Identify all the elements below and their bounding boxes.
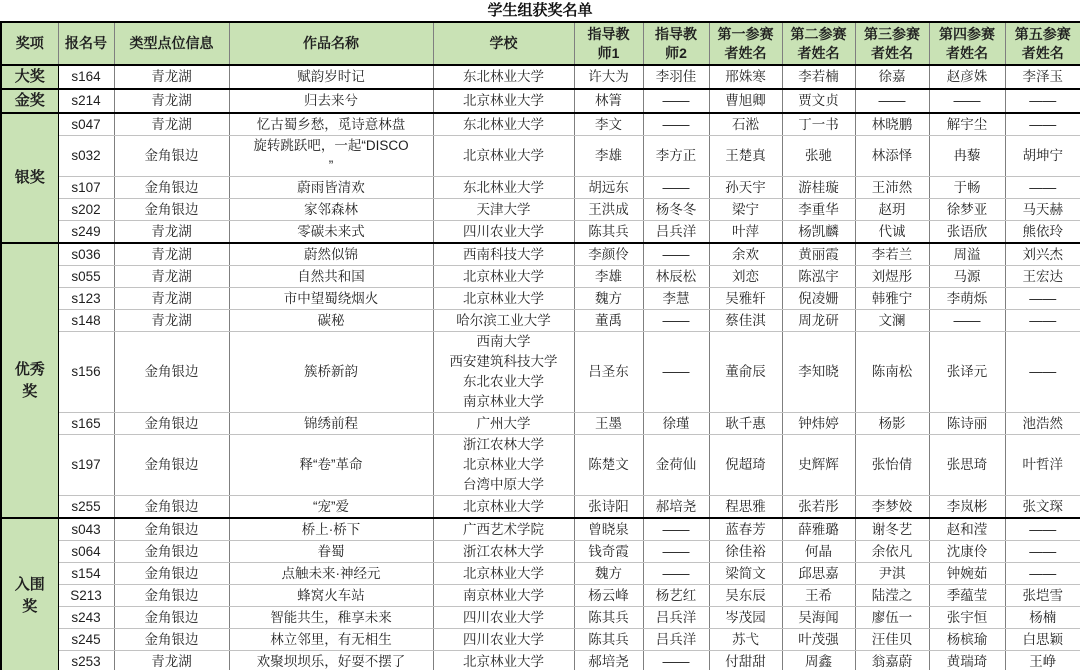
cell-type: 金角银边 — [114, 332, 229, 413]
cell-id: s243 — [58, 607, 114, 629]
table-row: 优秀奖s036青龙湖蔚然似锦西南科技大学李颜伶——余欢黄丽霞李若兰周溢刘兴杰 — [1, 243, 1080, 266]
cell-id: s164 — [58, 65, 114, 89]
cell-p1: 董俞辰 — [709, 332, 782, 413]
cell-t1: 张诗阳 — [574, 496, 643, 519]
cell-school: 东北林业大学 — [433, 113, 574, 136]
cell-p2: 倪凌姗 — [782, 288, 855, 310]
cell-p3: 杨影 — [855, 413, 929, 435]
cell-type: 青龙湖 — [114, 266, 229, 288]
cell-t1: 胡远东 — [574, 177, 643, 199]
cell-p1: 苏弋 — [709, 629, 782, 651]
cell-id: s202 — [58, 199, 114, 221]
cell-p1: 刘恋 — [709, 266, 782, 288]
cell-school: 西南科技大学 — [433, 243, 574, 266]
cell-t2: —— — [643, 310, 709, 332]
cell-id: s055 — [58, 266, 114, 288]
cell-id: s047 — [58, 113, 114, 136]
cell-t1: 许大为 — [574, 65, 643, 89]
cell-p3: 翁嘉蔚 — [855, 651, 929, 670]
cell-p1: 耿千惠 — [709, 413, 782, 435]
cell-p1: 徐佳裕 — [709, 541, 782, 563]
cell-t1: 王洪成 — [574, 199, 643, 221]
cell-p4: 李萌烁 — [929, 288, 1005, 310]
column-header-0: 奖项 — [1, 22, 58, 65]
table-row: 大奖s164青龙湖赋韵岁时记东北林业大学许大为李羽佳邢姝寒李若楠徐嘉赵彦姝李泽玉 — [1, 65, 1080, 89]
cell-p2: 张若彤 — [782, 496, 855, 519]
cell-type: 金角银边 — [114, 177, 229, 199]
cell-p5: —— — [1005, 89, 1080, 113]
cell-type: 金角银边 — [114, 435, 229, 496]
cell-p1: 王楚真 — [709, 136, 782, 177]
cell-t1: 李雄 — [574, 266, 643, 288]
cell-p3: 代诚 — [855, 221, 929, 244]
cell-type: 金角银边 — [114, 496, 229, 519]
cell-id: s245 — [58, 629, 114, 651]
page-title: 学生组获奖名单 — [0, 0, 1080, 21]
cell-school: 北京林业大学 — [433, 89, 574, 113]
cell-type: 青龙湖 — [114, 288, 229, 310]
table-row: s253青龙湖欢聚坝坝乐，好耍不摆了北京林业大学郝培尧——付甜甜周鑫翁嘉蔚黄瑞琦… — [1, 651, 1080, 670]
award-list-page: 学生组获奖名单 奖项报名号类型点位信息作品名称学校指导教 师1指导教 师2第一参… — [0, 0, 1080, 670]
cell-work: 蔚雨皆清欢 — [229, 177, 433, 199]
cell-p4: 陈诗丽 — [929, 413, 1005, 435]
cell-p5: 池浩然 — [1005, 413, 1080, 435]
cell-id: s064 — [58, 541, 114, 563]
cell-p2: 杨凯麟 — [782, 221, 855, 244]
cell-p1: 叶萍 — [709, 221, 782, 244]
cell-p5: 熊依玲 — [1005, 221, 1080, 244]
cell-p3: 林晓鹏 — [855, 113, 929, 136]
cell-t1: 李文 — [574, 113, 643, 136]
cell-work: 忆古蜀乡愁，觅诗意林盘 — [229, 113, 433, 136]
cell-t2: 徐瑾 — [643, 413, 709, 435]
cell-school: 北京林业大学 — [433, 266, 574, 288]
cell-id: s249 — [58, 221, 114, 244]
cell-t2: —— — [643, 518, 709, 541]
cell-id: s154 — [58, 563, 114, 585]
table-row: s202金角银边家邻森林天津大学王洪成杨冬冬梁宁李重华赵玥徐梦亚马天赫 — [1, 199, 1080, 221]
cell-work: 蔚然似锦 — [229, 243, 433, 266]
cell-school: 浙江农林大学 北京林业大学 台湾中原大学 — [433, 435, 574, 496]
cell-t1: 魏方 — [574, 563, 643, 585]
cell-p3: 陈南松 — [855, 332, 929, 413]
award-cell: 入围奖 — [1, 518, 58, 670]
cell-p1: 蔡佳淇 — [709, 310, 782, 332]
cell-p1: 石淞 — [709, 113, 782, 136]
cell-p3: 李若兰 — [855, 243, 929, 266]
table-row: S213金角银边蜂窝火车站南京林业大学杨云峰杨艺红吴东辰王希陆滢之季蕴莹张垲雪 — [1, 585, 1080, 607]
cell-type: 青龙湖 — [114, 89, 229, 113]
cell-p4: 沈康伶 — [929, 541, 1005, 563]
cell-p2: 钟炜婷 — [782, 413, 855, 435]
cell-t1: 钱奇霞 — [574, 541, 643, 563]
cell-p5: —— — [1005, 177, 1080, 199]
cell-school: 北京林业大学 — [433, 496, 574, 519]
cell-id: s123 — [58, 288, 114, 310]
cell-t1: 陈其兵 — [574, 607, 643, 629]
cell-p1: 吴东辰 — [709, 585, 782, 607]
cell-p2: 周鑫 — [782, 651, 855, 670]
cell-p4: 张宇恒 — [929, 607, 1005, 629]
cell-p1: 曹旭卿 — [709, 89, 782, 113]
cell-id: s032 — [58, 136, 114, 177]
cell-work: 家邻森林 — [229, 199, 433, 221]
table-row: s165金角银边锦绣前程广州大学王墨徐瑾耿千惠钟炜婷杨影陈诗丽池浩然 — [1, 413, 1080, 435]
cell-t2: —— — [643, 332, 709, 413]
award-cell: 大奖 — [1, 65, 58, 89]
table-row: 银奖s047青龙湖忆古蜀乡愁，觅诗意林盘东北林业大学李文——石淞丁一书林晓鹏解宇… — [1, 113, 1080, 136]
cell-p4: 赵彦姝 — [929, 65, 1005, 89]
cell-t1: 曾晓泉 — [574, 518, 643, 541]
cell-school: 四川农业大学 — [433, 629, 574, 651]
cell-p1: 梁简文 — [709, 563, 782, 585]
cell-p4: 马源 — [929, 266, 1005, 288]
cell-p5: 张垲雪 — [1005, 585, 1080, 607]
cell-p3: 张怡倩 — [855, 435, 929, 496]
cell-t2: 吕兵洋 — [643, 221, 709, 244]
cell-id: s036 — [58, 243, 114, 266]
table-row: s148青龙湖碳秘哈尔滨工业大学董禹——蔡佳淇周龙研文澜———— — [1, 310, 1080, 332]
cell-t1: 陈楚文 — [574, 435, 643, 496]
cell-school: 西南大学 西安建筑科技大学 东北农业大学 南京林业大学 — [433, 332, 574, 413]
cell-t1: 陈其兵 — [574, 221, 643, 244]
cell-p1: 蓝春芳 — [709, 518, 782, 541]
column-header-11: 第五参赛 者姓名 — [1005, 22, 1080, 65]
cell-t2: —— — [643, 113, 709, 136]
cell-work: 锦绣前程 — [229, 413, 433, 435]
cell-work: 林立邻里，有无相生 — [229, 629, 433, 651]
cell-p5: 杨楠 — [1005, 607, 1080, 629]
cell-school: 东北林业大学 — [433, 65, 574, 89]
cell-t1: 李雄 — [574, 136, 643, 177]
table-row: s255金角银边“宠”爱北京林业大学张诗阳郝培尧程思雅张若彤李梦姣李岚彬张文琛 — [1, 496, 1080, 519]
table-row: s032金角银边旋转跳跃吧，一起“DISCO ”北京林业大学李雄李方正王楚真张驰… — [1, 136, 1080, 177]
cell-p5: 胡坤宁 — [1005, 136, 1080, 177]
cell-p4: 钟婉茹 — [929, 563, 1005, 585]
cell-p2: 李知晓 — [782, 332, 855, 413]
cell-p4: 冉藜 — [929, 136, 1005, 177]
cell-p3: 徐嘉 — [855, 65, 929, 89]
cell-school: 天津大学 — [433, 199, 574, 221]
cell-work: 眷蜀 — [229, 541, 433, 563]
cell-p1: 付甜甜 — [709, 651, 782, 670]
table-row: s243金角银边智能共生，稚享未来四川农业大学陈其兵吕兵洋岑茂园吴海闻廖伍一张宇… — [1, 607, 1080, 629]
cell-school: 东北林业大学 — [433, 177, 574, 199]
cell-school: 哈尔滨工业大学 — [433, 310, 574, 332]
cell-type: 金角银边 — [114, 607, 229, 629]
cell-p1: 吴雅轩 — [709, 288, 782, 310]
cell-p4: 张译元 — [929, 332, 1005, 413]
cell-p5: 白思颖 — [1005, 629, 1080, 651]
table-row: s055青龙湖自然共和国北京林业大学李雄林辰松刘恋陈泓宇刘煜彤马源王宏达 — [1, 266, 1080, 288]
cell-t1: 郝培尧 — [574, 651, 643, 670]
cell-school: 南京林业大学 — [433, 585, 574, 607]
awards-table: 奖项报名号类型点位信息作品名称学校指导教 师1指导教 师2第一参赛 者姓名第二参… — [0, 21, 1080, 670]
cell-t2: 李慧 — [643, 288, 709, 310]
header-row: 奖项报名号类型点位信息作品名称学校指导教 师1指导教 师2第一参赛 者姓名第二参… — [1, 22, 1080, 65]
cell-work: 碳秘 — [229, 310, 433, 332]
cell-school: 四川农业大学 — [433, 221, 574, 244]
cell-p4: 徐梦亚 — [929, 199, 1005, 221]
cell-p2: 李若楠 — [782, 65, 855, 89]
cell-p3: 韩雅宁 — [855, 288, 929, 310]
cell-p5: —— — [1005, 541, 1080, 563]
cell-p3: 李梦姣 — [855, 496, 929, 519]
cell-p3: 陆滢之 — [855, 585, 929, 607]
table-row: s156金角银边簇桥新韵西南大学 西安建筑科技大学 东北农业大学 南京林业大学吕… — [1, 332, 1080, 413]
cell-type: 金角银边 — [114, 629, 229, 651]
cell-t1: 李颜伶 — [574, 243, 643, 266]
cell-id: s253 — [58, 651, 114, 670]
table-row: s249青龙湖零碳未来式四川农业大学陈其兵吕兵洋叶萍杨凯麟代诚张语欣熊依玲 — [1, 221, 1080, 244]
cell-p2: 张驰 — [782, 136, 855, 177]
cell-t1: 董禹 — [574, 310, 643, 332]
cell-id: S213 — [58, 585, 114, 607]
cell-p2: 王希 — [782, 585, 855, 607]
cell-school: 广州大学 — [433, 413, 574, 435]
column-header-3: 作品名称 — [229, 22, 433, 65]
column-header-8: 第二参赛 者姓名 — [782, 22, 855, 65]
cell-p4: —— — [929, 89, 1005, 113]
cell-p4: —— — [929, 310, 1005, 332]
cell-id: s165 — [58, 413, 114, 435]
cell-p2: 游桂璇 — [782, 177, 855, 199]
cell-type: 青龙湖 — [114, 221, 229, 244]
cell-id: s156 — [58, 332, 114, 413]
cell-work: 赋韵岁时记 — [229, 65, 433, 89]
cell-p3: 王沛然 — [855, 177, 929, 199]
cell-p2: 陈泓宇 — [782, 266, 855, 288]
cell-school: 北京林业大学 — [433, 288, 574, 310]
cell-work: “宠”爱 — [229, 496, 433, 519]
cell-t2: —— — [643, 563, 709, 585]
cell-p2: 贾文贞 — [782, 89, 855, 113]
cell-work: 智能共生，稚享未来 — [229, 607, 433, 629]
cell-type: 青龙湖 — [114, 65, 229, 89]
column-header-10: 第四参赛 者姓名 — [929, 22, 1005, 65]
table-row: s123青龙湖市中望蜀绕烟火北京林业大学魏方李慧吴雅轩倪凌姗韩雅宁李萌烁—— — [1, 288, 1080, 310]
cell-t2: —— — [643, 651, 709, 670]
cell-p4: 杨槟瑜 — [929, 629, 1005, 651]
cell-t2: 林辰松 — [643, 266, 709, 288]
cell-type: 金角银边 — [114, 563, 229, 585]
cell-p4: 赵和滢 — [929, 518, 1005, 541]
cell-school: 浙江农林大学 — [433, 541, 574, 563]
cell-p1: 程思雅 — [709, 496, 782, 519]
cell-p1: 邢姝寒 — [709, 65, 782, 89]
cell-t2: 李方正 — [643, 136, 709, 177]
cell-p5: 刘兴杰 — [1005, 243, 1080, 266]
cell-type: 金角银边 — [114, 199, 229, 221]
cell-t1: 吕圣东 — [574, 332, 643, 413]
table-row: s064金角银边眷蜀浙江农林大学钱奇霞——徐佳裕何晶余依凡沈康伶—— — [1, 541, 1080, 563]
cell-p5: 王宏达 — [1005, 266, 1080, 288]
cell-type: 金角银边 — [114, 541, 229, 563]
cell-p3: 廖伍一 — [855, 607, 929, 629]
column-header-1: 报名号 — [58, 22, 114, 65]
cell-t2: 金荷仙 — [643, 435, 709, 496]
table-row: 金奖s214青龙湖归去来兮北京林业大学林箐——曹旭卿贾文贞—————— — [1, 89, 1080, 113]
cell-school: 北京林业大学 — [433, 651, 574, 670]
cell-p4: 于畅 — [929, 177, 1005, 199]
column-header-9: 第三参赛 者姓名 — [855, 22, 929, 65]
cell-p3: —— — [855, 89, 929, 113]
cell-id: s043 — [58, 518, 114, 541]
cell-work: 释“卷”革命 — [229, 435, 433, 496]
cell-p5: 叶哲洋 — [1005, 435, 1080, 496]
cell-p3: 汪佳贝 — [855, 629, 929, 651]
cell-p2: 何晶 — [782, 541, 855, 563]
cell-p5: —— — [1005, 518, 1080, 541]
cell-t2: 杨冬冬 — [643, 199, 709, 221]
table-row: 入围奖s043金角银边桥上·桥下广西艺术学院曾晓泉——蓝春芳薛雅璐谢冬艺赵和滢—… — [1, 518, 1080, 541]
cell-id: s107 — [58, 177, 114, 199]
column-header-6: 指导教 师2 — [643, 22, 709, 65]
column-header-2: 类型点位信息 — [114, 22, 229, 65]
cell-work: 簇桥新韵 — [229, 332, 433, 413]
cell-p1: 孙天宇 — [709, 177, 782, 199]
cell-t1: 王墨 — [574, 413, 643, 435]
cell-t2: 杨艺红 — [643, 585, 709, 607]
cell-t2: —— — [643, 177, 709, 199]
cell-p3: 文澜 — [855, 310, 929, 332]
table-row: s245金角银边林立邻里，有无相生四川农业大学陈其兵吕兵洋苏弋叶茂强汪佳贝杨槟瑜… — [1, 629, 1080, 651]
cell-p5: 马天赫 — [1005, 199, 1080, 221]
cell-p3: 余依凡 — [855, 541, 929, 563]
cell-work: 点触未来·神经元 — [229, 563, 433, 585]
award-cell: 优秀奖 — [1, 243, 58, 518]
cell-p5: —— — [1005, 332, 1080, 413]
cell-work: 蜂窝火车站 — [229, 585, 433, 607]
cell-p3: 林添怿 — [855, 136, 929, 177]
cell-t2: —— — [643, 89, 709, 113]
cell-t1: 林箐 — [574, 89, 643, 113]
column-header-5: 指导教 师1 — [574, 22, 643, 65]
cell-p2: 李重华 — [782, 199, 855, 221]
cell-p2: 黄丽霞 — [782, 243, 855, 266]
cell-t2: 吕兵洋 — [643, 629, 709, 651]
column-header-7: 第一参赛 者姓名 — [709, 22, 782, 65]
cell-type: 青龙湖 — [114, 651, 229, 670]
table-body: 大奖s164青龙湖赋韵岁时记东北林业大学许大为李羽佳邢姝寒李若楠徐嘉赵彦姝李泽玉… — [1, 65, 1080, 670]
column-header-4: 学校 — [433, 22, 574, 65]
cell-p3: 赵玥 — [855, 199, 929, 221]
cell-t2: —— — [643, 541, 709, 563]
table-row: s107金角银边蔚雨皆清欢东北林业大学胡远东——孙天宇游桂璇王沛然于畅—— — [1, 177, 1080, 199]
cell-p4: 周溢 — [929, 243, 1005, 266]
cell-work: 自然共和国 — [229, 266, 433, 288]
cell-type: 青龙湖 — [114, 113, 229, 136]
cell-p3: 谢冬艺 — [855, 518, 929, 541]
cell-work: 欢聚坝坝乐，好耍不摆了 — [229, 651, 433, 670]
cell-school: 北京林业大学 — [433, 136, 574, 177]
cell-id: s148 — [58, 310, 114, 332]
cell-p5: —— — [1005, 113, 1080, 136]
award-cell: 银奖 — [1, 113, 58, 243]
cell-p4: 季蕴莹 — [929, 585, 1005, 607]
cell-p2: 丁一书 — [782, 113, 855, 136]
cell-work: 归去来兮 — [229, 89, 433, 113]
cell-p4: 张思琦 — [929, 435, 1005, 496]
cell-t1: 杨云峰 — [574, 585, 643, 607]
cell-work: 桥上·桥下 — [229, 518, 433, 541]
cell-school: 北京林业大学 — [433, 563, 574, 585]
table-row: s154金角银边点触未来·神经元北京林业大学魏方——梁简文邱思嘉尹淇钟婉茹—— — [1, 563, 1080, 585]
cell-work: 市中望蜀绕烟火 — [229, 288, 433, 310]
cell-t2: 吕兵洋 — [643, 607, 709, 629]
cell-work: 零碳未来式 — [229, 221, 433, 244]
cell-p5: —— — [1005, 310, 1080, 332]
cell-p2: 邱思嘉 — [782, 563, 855, 585]
cell-p4: 解宇尘 — [929, 113, 1005, 136]
cell-p5: —— — [1005, 563, 1080, 585]
cell-id: s255 — [58, 496, 114, 519]
cell-p5: 王峥 — [1005, 651, 1080, 670]
cell-t2: 郝培尧 — [643, 496, 709, 519]
cell-type: 金角银边 — [114, 413, 229, 435]
cell-id: s197 — [58, 435, 114, 496]
cell-p1: 余欢 — [709, 243, 782, 266]
cell-t2: 李羽佳 — [643, 65, 709, 89]
cell-p1: 梁宁 — [709, 199, 782, 221]
table-header: 奖项报名号类型点位信息作品名称学校指导教 师1指导教 师2第一参赛 者姓名第二参… — [1, 22, 1080, 65]
cell-p2: 史辉辉 — [782, 435, 855, 496]
cell-p2: 吴海闻 — [782, 607, 855, 629]
cell-p2: 薛雅璐 — [782, 518, 855, 541]
cell-p5: —— — [1005, 288, 1080, 310]
cell-p1: 岑茂园 — [709, 607, 782, 629]
cell-p2: 叶茂强 — [782, 629, 855, 651]
cell-school: 广西艺术学院 — [433, 518, 574, 541]
award-cell: 金奖 — [1, 89, 58, 113]
cell-p5: 李泽玉 — [1005, 65, 1080, 89]
cell-p1: 倪超琦 — [709, 435, 782, 496]
cell-type: 金角银边 — [114, 518, 229, 541]
cell-type: 青龙湖 — [114, 310, 229, 332]
cell-p4: 黄瑞琦 — [929, 651, 1005, 670]
cell-t1: 魏方 — [574, 288, 643, 310]
cell-p2: 周龙研 — [782, 310, 855, 332]
cell-type: 金角银边 — [114, 585, 229, 607]
cell-school: 四川农业大学 — [433, 607, 574, 629]
cell-type: 金角银边 — [114, 136, 229, 177]
cell-p5: 张文琛 — [1005, 496, 1080, 519]
cell-p3: 尹淇 — [855, 563, 929, 585]
table-row: s197金角银边释“卷”革命浙江农林大学 北京林业大学 台湾中原大学陈楚文金荷仙… — [1, 435, 1080, 496]
cell-type: 青龙湖 — [114, 243, 229, 266]
cell-p4: 李岚彬 — [929, 496, 1005, 519]
cell-id: s214 — [58, 89, 114, 113]
cell-p4: 张语欣 — [929, 221, 1005, 244]
cell-t2: —— — [643, 243, 709, 266]
cell-p3: 刘煜彤 — [855, 266, 929, 288]
cell-work: 旋转跳跃吧，一起“DISCO ” — [229, 136, 433, 177]
cell-t1: 陈其兵 — [574, 629, 643, 651]
